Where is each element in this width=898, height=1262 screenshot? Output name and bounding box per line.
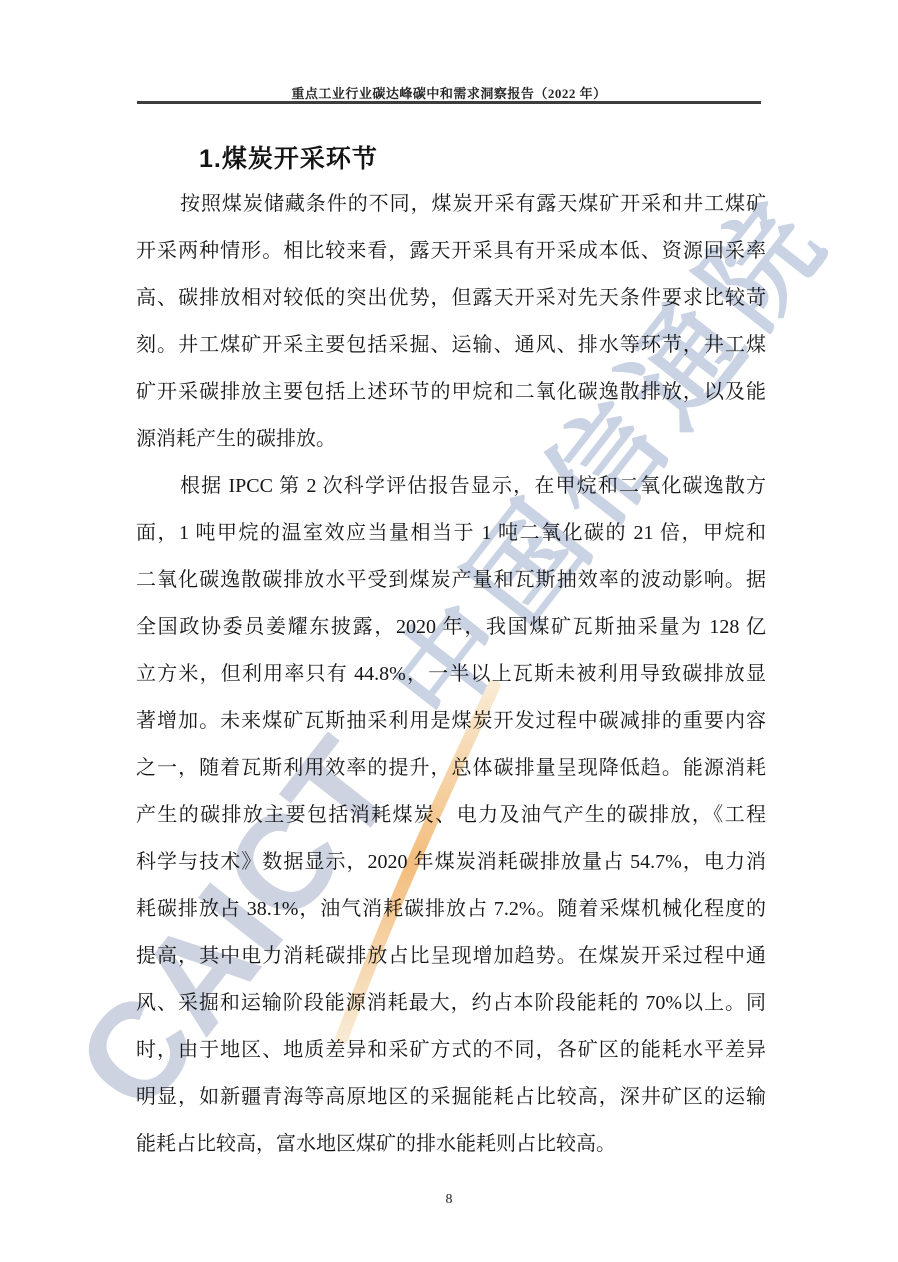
- body-line: 开采两种情形。相比较来看，露天开采具有开采成本低、资源回采率: [136, 228, 766, 275]
- body-line: 面，1 吨甲烷的温室效应当量相当于 1 吨二氧化碳的 21 倍，甲烷和: [136, 510, 766, 557]
- body-text: 按照煤炭储藏条件的不同，煤炭开采有露天煤矿开采和井工煤矿开采两种情形。相比较来看…: [136, 181, 766, 1168]
- body-line: 矿开采碳排放主要包括上述环节的甲烷和二氧化碳逸散排放，以及能: [136, 369, 766, 416]
- body-line: 刻。井工煤矿开采主要包括采掘、运输、通风、排水等环节，井工煤: [136, 322, 766, 369]
- running-header: 重点工业行业碳达峰碳中和需求洞察报告（2022 年）: [137, 83, 761, 102]
- body-line: 按照煤炭储藏条件的不同，煤炭开采有露天煤矿开采和井工煤矿: [136, 181, 766, 228]
- section-title: 1.煤炭开采环节: [136, 139, 766, 175]
- body-line: 高、碳排放相对较低的突出优势，但露天开采对先天条件要求比较苛: [136, 275, 766, 322]
- body-line: 根据 IPCC 第 2 次科学评估报告显示，在甲烷和二氧化碳逸散方: [136, 463, 766, 510]
- body-line: 耗碳排放占 38.1%，油气消耗碳排放占 7.2%。随着采煤机械化程度的: [136, 886, 766, 933]
- body-line: 著增加。未来煤矿瓦斯抽采利用是煤炭开发过程中碳减排的重要内容: [136, 698, 766, 745]
- body-line: 立方米，但利用率只有 44.8%，一半以上瓦斯未被利用导致碳排放显: [136, 651, 766, 698]
- body-line: 时，由于地区、地质差异和采矿方式的不同，各矿区的能耗水平差异: [136, 1027, 766, 1074]
- header-divider: [137, 101, 761, 104]
- page-number: 8: [0, 1192, 898, 1208]
- body-line: 产生的碳排放主要包括消耗煤炭、电力及油气产生的碳排放，《工程: [136, 792, 766, 839]
- body-line: 能耗占比较高，富水地区煤矿的排水能耗则占比较高。: [136, 1121, 766, 1168]
- body-line: 之一，随着瓦斯利用效率的提升，总体碳排量呈现降低趋。能源消耗: [136, 745, 766, 792]
- body-line: 科学与技术》数据显示，2020 年煤炭消耗碳排放量占 54.7%，电力消: [136, 839, 766, 886]
- body-line: 明显，如新疆青海等高原地区的采掘能耗占比较高，深井矿区的运输: [136, 1074, 766, 1121]
- document-page: 重点工业行业碳达峰碳中和需求洞察报告（2022 年） 1.煤炭开采环节 按照煤炭…: [0, 0, 898, 1262]
- body-line: 风、采掘和运输阶段能源消耗最大，约占本阶段能耗的 70%以上。同: [136, 980, 766, 1027]
- body-line: 源消耗产生的碳排放。: [136, 416, 766, 463]
- body-line: 二氧化碳逸散碳排放水平受到煤炭产量和瓦斯抽效率的波动影响。据: [136, 557, 766, 604]
- body-line: 提高，其中电力消耗碳排放占比呈现增加趋势。在煤炭开采过程中通: [136, 933, 766, 980]
- body-line: 全国政协委员姜耀东披露，2020 年，我国煤矿瓦斯抽采量为 128 亿: [136, 604, 766, 651]
